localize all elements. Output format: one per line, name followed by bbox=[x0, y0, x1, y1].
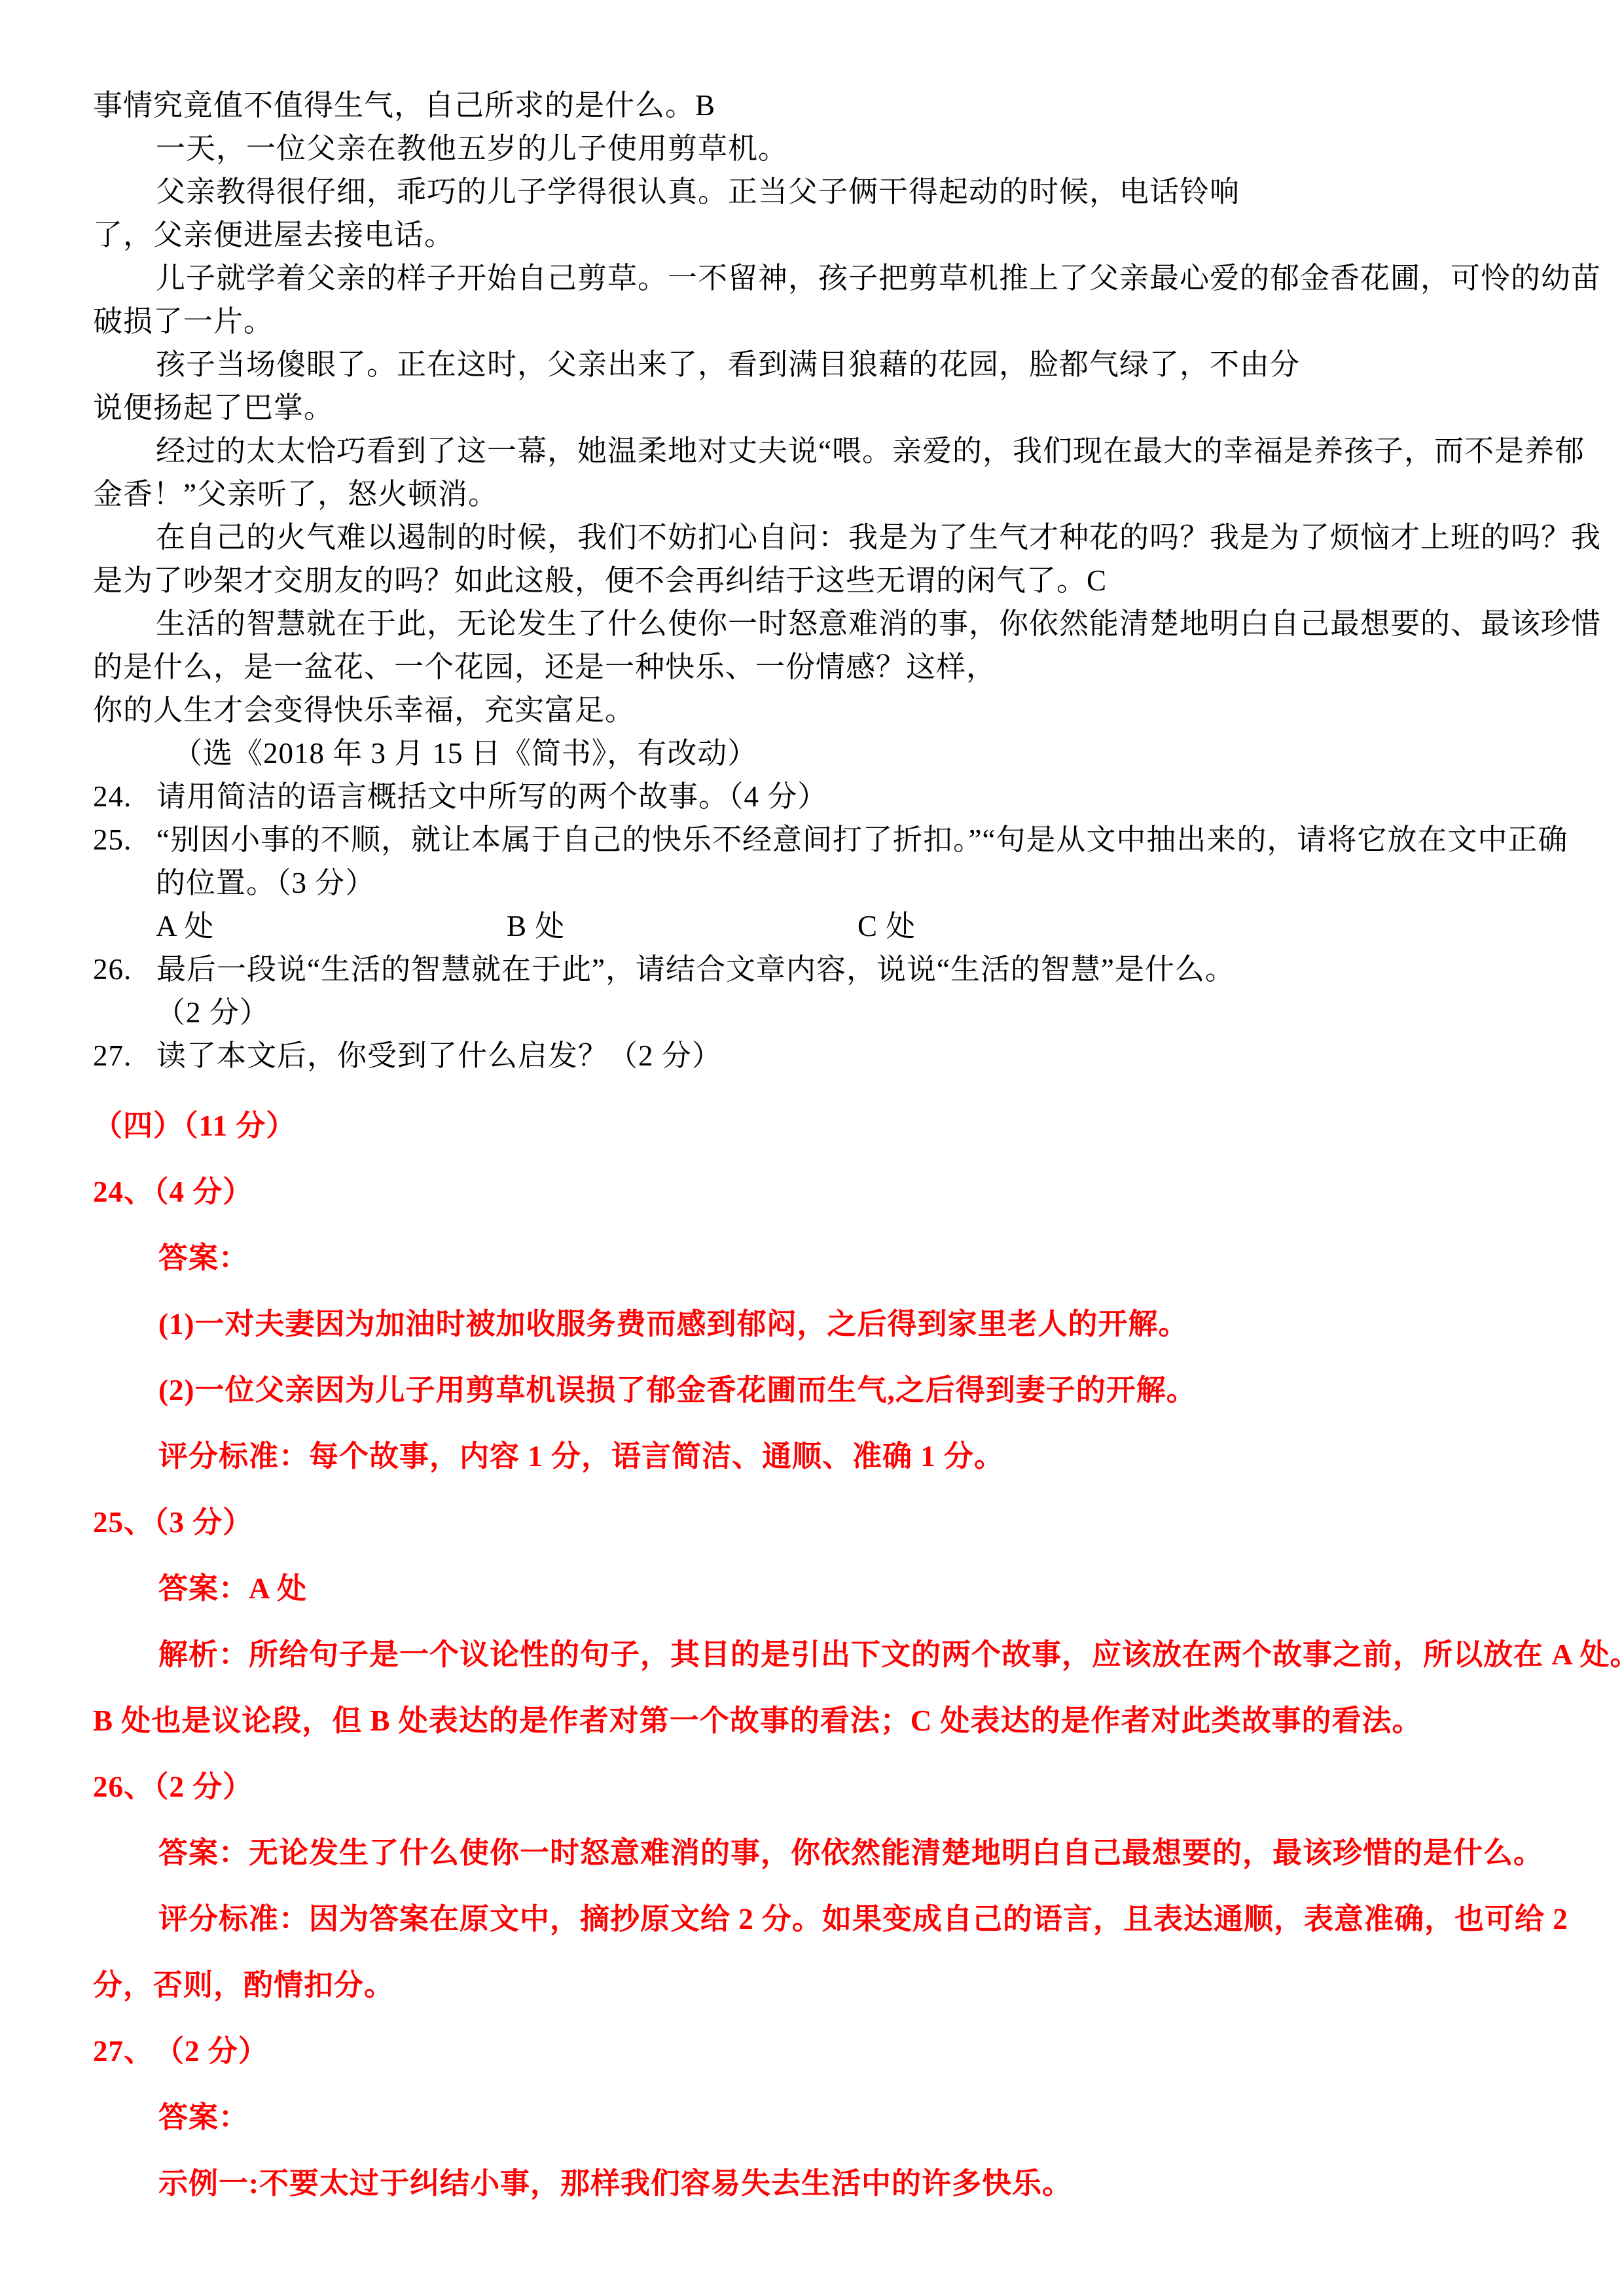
answer-24-criteria: 评分标准：每个故事，内容 1 分，语言简洁、通顺、准确 1 分。 bbox=[93, 1424, 1572, 1490]
answer-26-criteria: 评分标准：因为答案在原文中，摘抄原文给 2 分。如果变成自己的语言，且表达通顺，… bbox=[93, 1886, 1572, 1952]
question-27: 27.读了本文后，你受到了什么启发？（2 分） bbox=[93, 1034, 1572, 1077]
answer-24-label: 答案： bbox=[93, 1225, 1572, 1291]
blank-a-label: A 处 bbox=[156, 905, 214, 948]
passage-line: 破损了一片。 bbox=[93, 300, 1572, 343]
passage-line: 说便扬起了巴掌。 bbox=[93, 386, 1572, 429]
question-24: 24.请用简洁的语言概括文中所写的两个故事。（4 分） bbox=[93, 775, 1572, 818]
passage-source-line: （选《2018 年 3 月 15 日《简书》，有改动） bbox=[93, 732, 1572, 775]
document-content: 事情究竟值不值得生气，自己所求的是什么。B 一天，一位父亲在教他五岁的儿子使用剪… bbox=[93, 84, 1572, 2217]
answer-24-item-1: (1)一对夫妻因为加油时被加收服务费而感到郁闷，之后得到家里老人的开解。 bbox=[93, 1291, 1572, 1357]
question-24-text: 请用简洁的语言概括文中所写的两个故事。（4 分） bbox=[156, 780, 827, 813]
answer-26-header: 26、（2 分） bbox=[93, 1754, 1572, 1820]
answer-blank-row: A 处 B 处 C 处 bbox=[93, 905, 1572, 948]
passage-line: 父亲教得很仔细，乖巧的儿子学得很认真。正当父子俩干得起动的时候，电话铃响 bbox=[93, 170, 1572, 213]
passage-line: 经过的太太恰巧看到了这一幕，她温柔地对丈夫说“喂。亲爱的，我们现在最大的幸福是养… bbox=[93, 429, 1572, 473]
question-24-number: 24. bbox=[93, 775, 156, 818]
answer-26-criteria-continuation: 分，否则，酌情扣分。 bbox=[93, 1952, 1572, 2018]
passage-line: 孩子当场傻眼了。正在这时，父亲出来了，看到满目狼藉的花园，脸都气绿了，不由分 bbox=[93, 343, 1572, 386]
question-27-number: 27. bbox=[93, 1034, 156, 1077]
question-26-continuation: （2 分） bbox=[93, 991, 1572, 1034]
answer-25-analysis-continuation: B 处也是议论段，但 B 处表达的是作者对第一个故事的看法；C 处表达的是作者对… bbox=[93, 1688, 1572, 1754]
answer-key-section: （四）（11 分） 24、（4 分） 答案： (1)一对夫妻因为加油时被加收服务… bbox=[93, 1093, 1572, 2217]
question-27-text: 读了本文后，你受到了什么启发？（2 分） bbox=[156, 1039, 722, 1072]
passage-line: 事情究竟值不值得生气，自己所求的是什么。B bbox=[93, 84, 1572, 127]
passage-line: 一天，一位父亲在教他五岁的儿子使用剪草机。 bbox=[93, 127, 1572, 170]
answer-section-header: （四）（11 分） bbox=[93, 1093, 1572, 1159]
document-page: 事情究竟值不值得生气，自己所求的是什么。B 一天，一位父亲在教他五岁的儿子使用剪… bbox=[0, 0, 1624, 2296]
blank-c-label: C 处 bbox=[857, 905, 916, 948]
answer-26-answer: 答案：无论发生了什么使你一时怒意难消的事，你依然能清楚地明白自己最想要的，最该珍… bbox=[93, 1820, 1572, 1886]
answer-25-analysis: 解析：所给句子是一个议论性的句子，其目的是引出下文的两个故事，应该放在两个故事之… bbox=[93, 1622, 1572, 1688]
answer-25-answer: 答案：A 处 bbox=[93, 1556, 1572, 1622]
question-26-text: 最后一段说“生活的智慧就在于此”，请结合文章内容，说说“生活的智慧”是什么。 bbox=[156, 953, 1235, 986]
blank-b-label: B 处 bbox=[507, 905, 565, 948]
passage-line: 金香！”父亲听了，怒火顿消。 bbox=[93, 473, 1572, 516]
answer-24-item-2: (2)一位父亲因为儿子用剪草机误损了郁金香花圃而生气,之后得到妻子的开解。 bbox=[93, 1357, 1572, 1424]
answer-27-header: 27、 （2 分） bbox=[93, 2018, 1572, 2085]
passage-line: 是为了吵架才交朋友的吗？如此这般，便不会再纠结于这些无谓的闲气了。C bbox=[93, 559, 1572, 602]
answer-24-header: 24、（4 分） bbox=[93, 1159, 1572, 1225]
question-26-number: 26. bbox=[93, 948, 156, 991]
question-25-number: 25. bbox=[93, 818, 156, 861]
answer-27-label: 答案： bbox=[93, 2085, 1572, 2151]
question-25: 25.“别因小事的不顺，就让本属于自己的快乐不经意间打了折扣。”“句是从文中抽出… bbox=[93, 818, 1572, 861]
passage-line: 在自己的火气难以遏制的时候，我们不妨扪心自问：我是为了生气才种花的吗？我是为了烦… bbox=[93, 516, 1572, 559]
question-26: 26.最后一段说“生活的智慧就在于此”，请结合文章内容，说说“生活的智慧”是什么… bbox=[93, 948, 1572, 991]
question-25-continuation: 的位置。（3 分） bbox=[93, 861, 1572, 905]
answer-27-example: 示例一:不要太过于纠结小事，那样我们容易失去生活中的许多快乐。 bbox=[93, 2151, 1572, 2217]
answer-25-header: 25、（3 分） bbox=[93, 1490, 1572, 1556]
passage-line: 的是什么，是一盆花、一个花园，还是一种快乐、一份情感？这样， bbox=[93, 645, 1572, 689]
passage-line: 儿子就学着父亲的样子开始自己剪草。一不留神，孩子把剪草机推上了父亲最心爱的郁金香… bbox=[93, 257, 1572, 300]
passage-line: 生活的智慧就在于此，无论发生了什么使你一时怒意难消的事，你依然能清楚地明白自己最… bbox=[93, 602, 1572, 645]
question-25-text: “别因小事的不顺，就让本属于自己的快乐不经意间打了折扣。”“句是从文中抽出来的，… bbox=[156, 823, 1568, 856]
passage-line: 了，父亲便进屋去接电话。 bbox=[93, 213, 1572, 257]
passage-line: 你的人生才会变得快乐幸福，充实富足。 bbox=[93, 689, 1572, 732]
